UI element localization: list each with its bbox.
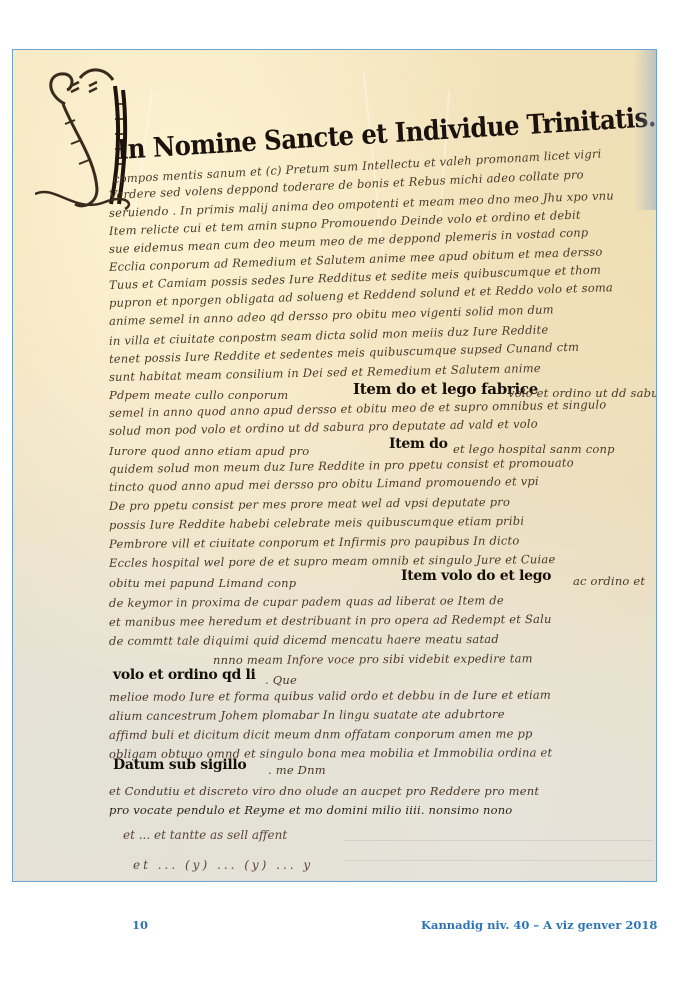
manuscript-line: alium cancestrum Johem plomabar In lingu…: [109, 706, 657, 723]
signature-line: et ... et tantte as sell affent: [123, 828, 287, 842]
manuscript-heading: Item volo do et lego: [401, 568, 551, 584]
manuscript-line: ac ordino et: [573, 574, 657, 588]
manuscript-line: nnno meam Infore voce pro sibi videbit e…: [213, 651, 657, 667]
manuscript-line: tincto quod anno apud mei dersso pro obi…: [109, 472, 657, 494]
running-title: Kannadig niv. 40 – A viz genver 2018: [421, 918, 657, 932]
manuscript-line: de commtt tale diquimi quid dicemd menca…: [109, 631, 657, 648]
manuscript-line: pro vocate pendulo et Reyme et mo domini…: [109, 803, 657, 817]
manuscript-photo: In Nomine Sancte et Individue Trinitatis…: [12, 49, 657, 882]
manuscript-heading: Item do: [389, 436, 448, 452]
manuscript-line: affimd buli et dicitum dicit meum dnm of…: [109, 726, 657, 742]
manuscript-line: Pembrore vill et ciuitate conporum et In…: [109, 532, 657, 551]
signature-line: et ... (y) ... (y) ... y: [133, 858, 313, 872]
manuscript-line: obitu mei papund Limand conp: [109, 576, 379, 590]
manuscript-line: et Condutiu et discreto viro dno olude a…: [109, 784, 657, 798]
manuscript-line: Eccles hospital wel pore de et supro mea…: [109, 551, 657, 570]
manuscript-line: De pro ppetu consist per mes prore meat …: [109, 493, 657, 513]
manuscript-line: de keymor in proxima de cupar padem quas…: [109, 592, 657, 610]
manuscript-line: . me Dnm: [268, 763, 388, 777]
ruling-line: [343, 840, 653, 841]
manuscript-heading: Datum sub sigillo: [113, 757, 246, 773]
manuscript-line: Iurore quod anno etiam apud pro: [109, 444, 309, 458]
manuscript-line: Pdpem meate cullo conporum: [109, 388, 309, 402]
manuscript-line: melioe modo Iure et forma quibus valid o…: [109, 687, 657, 704]
manuscript-line: . Que: [265, 673, 325, 687]
manuscript-line: possis Iure Reddite habebi celebrate mei…: [109, 512, 657, 532]
ruling-line: [343, 860, 653, 861]
manuscript-heading: volo et ordino qd li: [113, 667, 256, 683]
manuscript-line: et manibus mee heredum et destribuant in…: [109, 611, 657, 629]
page-number: 10: [132, 918, 148, 932]
